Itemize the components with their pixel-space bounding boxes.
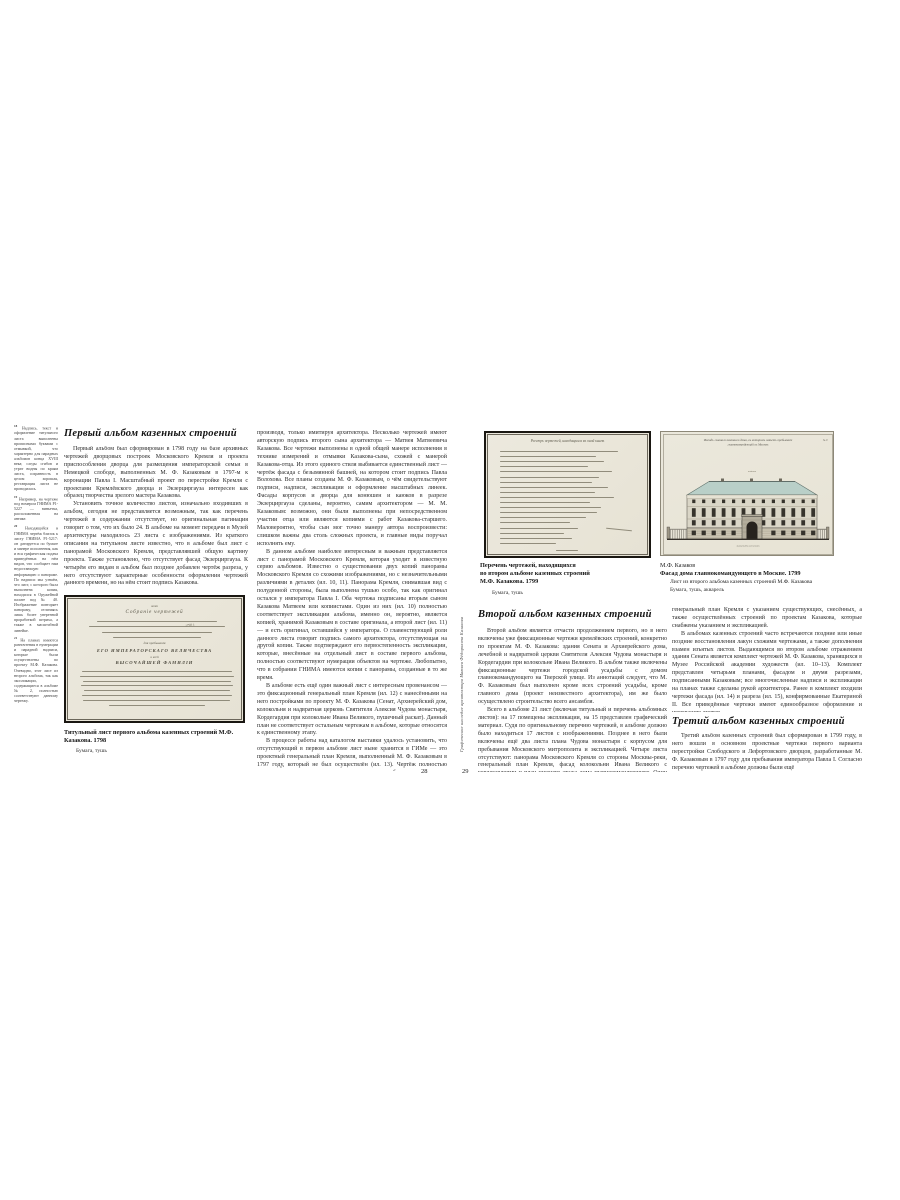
paragraph: В данном альбоме наиболее интересным и в… [257,549,447,683]
caption-subtitle: Лист из второго альбома казенных строени… [660,578,860,586]
figure-title-page-document: копія Собраніе чертежей для пребыванія Е… [64,595,245,723]
handwriting-line [500,497,614,498]
caption-line: М.Ф. Казакова. 1799 [480,578,660,586]
handwriting-line [500,492,595,493]
paragraph: Второй альбом является отчасти продолжен… [478,628,667,707]
section-heading-second-album: Второй альбом казенных строений [478,609,652,620]
facade-title-line2: главнокомандующiй въ Москвѣ [728,442,769,447]
handwriting-line [500,477,599,478]
figure-caption-technique: Бумага, тушь [64,748,256,754]
handwriting-line [80,676,234,677]
handwriting-line [500,543,556,544]
left-column-1: Первый альбом был сформирован в 1798 год… [64,446,248,586]
paragraph: Всего в альбоме 21 лист (включая титульн… [478,707,667,772]
footnote: 20 Находящийся в ГНИМА чертёж близок к л… [14,524,58,632]
handwriting-line [500,507,601,508]
handwriting-line [83,681,231,682]
caption-line: во втором альбоме казенных строений [480,570,660,578]
right-column-2-bottom: Третий альбом казенных строений был сфор… [672,733,862,773]
list-doc-signature [556,550,578,551]
paragraph: генеральный план Кремля с указанием суще… [672,607,862,631]
facade-small-label: подпись [748,470,757,473]
document-inner-frame [487,434,648,555]
handwriting-line [500,482,592,483]
facade-drawing-svg: Фасадъ главнаго казеннаго дома, въ котор… [661,432,835,557]
footnote-sidebar: 18 Надпись, текст и оформление титульног… [14,424,58,762]
footnote: 19 Например, на чертеже под номером ГНИМ… [14,495,58,522]
figure-caption-title-page: Титульный лист первого альбома казенных … [64,729,244,745]
book-spread: 18 Надпись, текст и оформление титульног… [0,0,900,1200]
section-heading-third-album: Третий альбом казенных строений [672,716,845,727]
page-number-right: 29 [462,768,469,775]
figure-facade-drawing: Фасадъ главнаго казеннаго дома, въ котор… [660,431,834,556]
handwriting-line [82,671,232,672]
handwriting-line [89,626,225,627]
doc-sub: для пребыванія [66,641,243,645]
roof [687,482,817,496]
handwriting-line [109,705,205,706]
doc-mid: и всей [66,655,243,659]
handwriting-line [500,487,608,488]
page-number-left: 28 [421,768,428,775]
figure-caption-technique: Бумага, тушь [480,590,652,596]
chimney [779,479,782,482]
paragraph: Установить точное количество листов, изн… [64,501,248,586]
caption-technique: Бумага, тушь, акварель [660,586,860,594]
handwriting-line [500,502,590,503]
caption-line: Перечень чертежей, находящихся [480,562,660,570]
facade-corner-number: № 9 [822,439,828,442]
handwriting-line [500,533,564,534]
doc-caps-line-1: ЕГО ИМПЕРАТОРСКАГО ВЕЛИЧЕСТВА [66,648,243,653]
document-inner-frame [67,598,242,720]
facade-scale-note: масштабъ саженямъ [735,545,760,548]
handwriting-line [82,695,232,696]
handwriting-line [102,632,212,633]
handwriting-line [113,637,201,638]
doc-title: Собраніе чертежей [66,609,243,615]
list-doc-title: Реестръ чертежей, находящихся въ оной кн… [486,439,649,443]
handwriting-line [500,456,596,457]
footnote: 21 На планах имеются разночтения в нумер… [14,636,58,704]
paragraph: производя, только имитируя архитектора. … [257,430,447,549]
right-column-2-top: генеральный план Кремля с указанием суще… [672,607,862,712]
handwriting-line [500,538,572,539]
paragraph: В процессе работы над каталогом выставки… [257,738,447,771]
handwriting-line [97,621,217,622]
paragraph: Третий альбом казенных строений был сфор… [672,733,862,773]
caption-author: М.Ф. Казаков [660,562,860,570]
figure-caption-list: Перечень чертежей, находящихся во втором… [480,562,660,586]
left-column-2: производя, только имитируя архитектора. … [257,430,447,771]
right-column-1: Второй альбом является отчасти продолжен… [478,628,667,772]
handwriting-line [500,528,578,529]
section-heading-first-album: Первый альбом казенных строений [64,428,237,439]
figure-drawings-list-document: Реестръ чертежей, находящихся въ оной кн… [484,431,651,558]
caption-title: Фасад дома главнокомандующего в Москве. … [660,570,860,578]
paragraph: Первый альбом был сформирован в 1798 год… [64,446,248,501]
chimney [721,479,724,482]
portal-cornice [742,515,763,517]
paragraph: В альбоме есть ещё один важный лист с ин… [257,683,447,738]
paragraph: В альбомах казенных строений часто встре… [672,631,862,712]
handwriting-line [83,700,230,701]
handwriting-line [500,451,618,452]
doc-caps-line-2: ВЫСОЧАЙШЕЙ ФАМИЛІИ [66,660,243,665]
footnote: 18 Надпись, текст и оформление титульног… [14,424,58,492]
running-title-vertical: Графическое наследие архитектора Матвея … [459,636,464,752]
fence-pillar-left [667,527,670,539]
portal-arch [747,522,758,540]
doc-line-small: копія [66,604,243,608]
attic-band [687,495,817,499]
chimney [750,479,753,482]
figure-caption-facade: М.Ф. Казаков Фасад дома главнокомандующе… [660,562,860,594]
fence-pillar-right [826,527,829,539]
